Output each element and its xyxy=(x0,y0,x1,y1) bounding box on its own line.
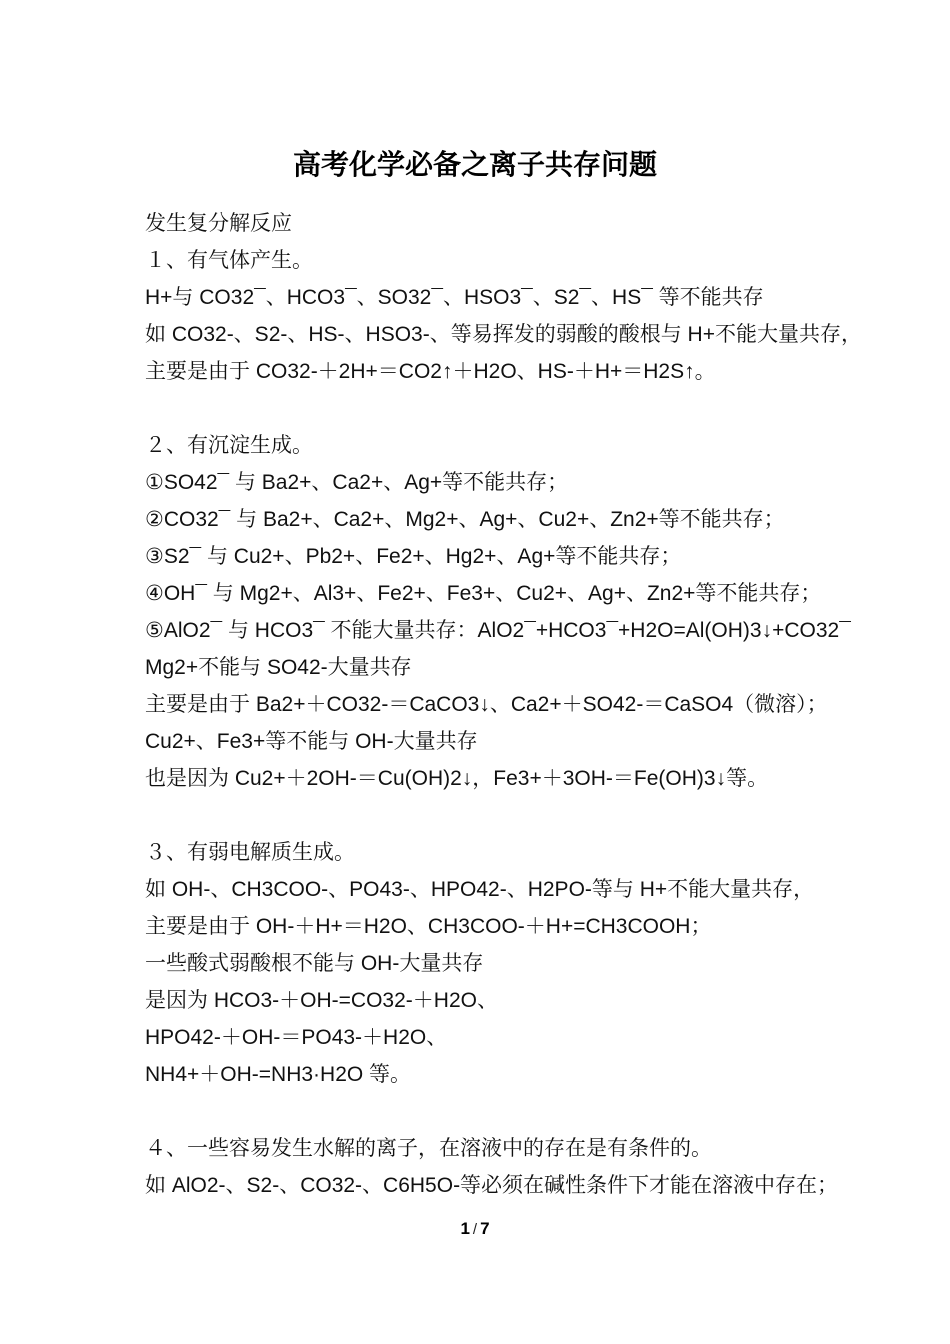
page-current: 1 xyxy=(460,1219,469,1238)
text-line: 主要是由于 Ba2+＋CO32-＝CaCO3↓、Ca2+＋SO42-＝CaSO4… xyxy=(145,686,850,723)
text-line: ４、一些容易发生水解的离子，在溶液中的存在是有条件的。 xyxy=(145,1130,850,1167)
text-line: 如 OH-、CH3COO-、PO43-、HPO42-、H2PO-等与 H+不能大… xyxy=(145,871,850,908)
text-line: 如 AlO2-、S2-、CO32-、C6H5O-等必须在碱性条件下才能在溶液中存… xyxy=(145,1167,850,1204)
text-line: ③S2¯ 与 Cu2+、Pb2+、Fe2+、Hg2+、Ag+等不能共存； xyxy=(145,538,850,575)
text-line: ２、有沉淀生成。 xyxy=(145,427,850,464)
text-line: １、有气体产生。 xyxy=(145,242,850,279)
text-line: ①SO42¯ 与 Ba2+、Ca2+、Ag+等不能共存； xyxy=(145,464,850,501)
text-line: HPO42-＋OH-＝PO43-＋H2O、 xyxy=(145,1019,850,1056)
text-line: NH4+＋OH-=NH3·H2O 等。 xyxy=(145,1056,850,1093)
page-number: 1/7 xyxy=(0,1219,950,1239)
section-hydrolysis-ions: ４、一些容易发生水解的离子，在溶液中的存在是有条件的。 如 AlO2-、S2-、… xyxy=(145,1130,850,1204)
document-body: 发生复分解反应 １、有气体产生。 H+与 CO32¯、HCO3¯、SO32¯、H… xyxy=(145,205,850,1204)
text-line: 是因为 HCO3-＋OH-=CO32-＋H2O、 xyxy=(145,982,850,1019)
section-weak-electrolytes: ３、有弱电解质生成。 如 OH-、CH3COO-、PO43-、HPO42-、H2… xyxy=(145,834,850,1093)
text-line: 主要是由于 OH-＋H+＝H2O、CH3COO-＋H+=CH3COOH； xyxy=(145,908,850,945)
text-line: ３、有弱电解质生成。 xyxy=(145,834,850,871)
page-total: 7 xyxy=(480,1219,489,1238)
document-page: 高考化学必备之离子共存问题 发生复分解反应 １、有气体产生。 H+与 CO32¯… xyxy=(0,0,950,1344)
text-line: ⑤AlO2¯ 与 HCO3¯ 不能大量共存：AlO2¯+HCO3¯+H2O=Al… xyxy=(145,612,850,649)
text-line: Mg2+不能与 SO42-大量共存 xyxy=(145,649,850,686)
text-line: 发生复分解反应 xyxy=(145,205,850,242)
text-line: 一些酸式弱酸根不能与 OH-大量共存 xyxy=(145,945,850,982)
text-line: ④OH¯ 与 Mg2+、Al3+、Fe2+、Fe3+、Cu2+、Ag+、Zn2+… xyxy=(145,575,850,612)
text-line: 主要是由于 CO32-＋2H+＝CO2↑＋H2O、HS-＋H+＝H2S↑。 xyxy=(145,353,850,390)
text-line: H+与 CO32¯、HCO3¯、SO32¯、HSO3¯、S2¯、HS¯ 等不能共… xyxy=(145,279,850,316)
text-line: ②CO32¯ 与 Ba2+、Ca2+、Mg2+、Ag+、Cu2+、Zn2+等不能… xyxy=(145,501,850,538)
text-line: 如 CO32-、S2-、HS-、HSO3-、等易挥发的弱酸的酸根与 H+不能大量… xyxy=(145,316,850,353)
text-line: 也是因为 Cu2+＋2OH-＝Cu(OH)2↓，Fe3+＋3OH-＝Fe(OH)… xyxy=(145,760,850,797)
page-separator: / xyxy=(470,1221,480,1238)
section-gas-products: 发生复分解反应 １、有气体产生。 H+与 CO32¯、HCO3¯、SO32¯、H… xyxy=(145,205,850,390)
document-title: 高考化学必备之离子共存问题 xyxy=(0,145,950,185)
text-line: Cu2+、Fe3+等不能与 OH-大量共存 xyxy=(145,723,850,760)
section-precipitates: ２、有沉淀生成。 ①SO42¯ 与 Ba2+、Ca2+、Ag+等不能共存； ②C… xyxy=(145,427,850,797)
